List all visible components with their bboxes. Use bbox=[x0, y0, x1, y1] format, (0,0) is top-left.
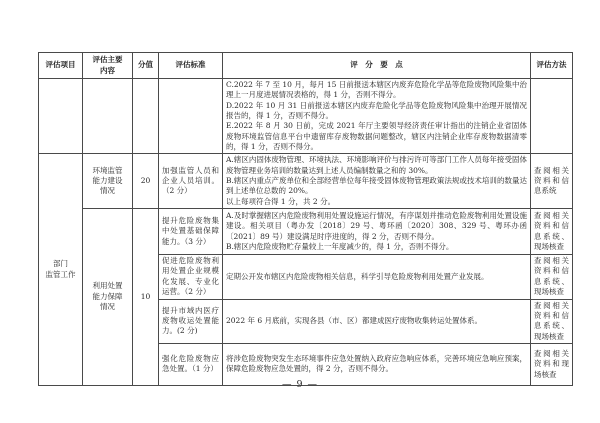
col-header-main-content: 评估主要 内容 bbox=[83, 53, 133, 79]
cell-main-content: 环境监管 能力建设 情况 bbox=[83, 154, 133, 209]
cell-main-content-empty bbox=[83, 79, 133, 154]
cell-score-points: A.辖区内固体废物管理、环境执法、环境影响评价与排污许可等部门工作人员每年接受固… bbox=[223, 154, 531, 209]
cell-method: 查阅相关资料和信息系统、现场核查 bbox=[531, 209, 573, 255]
score-point-paragraph: 2022 年 6 月底前，实现各县（市、区）都建成医疗废物收集转运处置体系。 bbox=[226, 316, 527, 326]
cell-score: 20 bbox=[133, 154, 159, 209]
cell-standard: 提升市域内医疗废物收运处置能力。(2 分) bbox=[159, 299, 223, 343]
cell-score-points: C.2022 年 7 至 10 月，每月 15 日前报送本辖区内废弃危险化学品等… bbox=[223, 79, 531, 154]
cell-method: 查阅相关资料和信息系统 bbox=[531, 154, 573, 209]
score-point-paragraph: E.2022 年 8 月 30 日前，完成 2021 年厅主要领导经济责任审计指… bbox=[226, 121, 527, 152]
table-row-training: 部门 监管工作 环境监管 能力建设 情况 20 加强监管人员和企业人员培训。（2… bbox=[39, 154, 573, 209]
score-point-paragraph: 将涉危险废物突发生态环境事件应急处置纳入政府应急响应体系，完善环境应急响应预案，… bbox=[226, 354, 527, 375]
score-point-paragraph: C.2022 年 7 至 10 月，每月 15 日前报送本辖区内废弃危险化学品等… bbox=[226, 80, 527, 101]
score-point-paragraph: 定期公开发布辖区内危险废物相关信息，科学引导危险废物利用处置产业发展。 bbox=[226, 272, 527, 282]
score-point-paragraph: A.及时掌握辖区内危险废物利用处置设施运行情况，有序谋划并推动危险废物利用处置设… bbox=[226, 211, 527, 242]
cell-standard: 促进危险废物利用处置企业规模化发展、专业化运营。（2 分） bbox=[159, 255, 223, 299]
cell-project-empty bbox=[39, 79, 83, 154]
document-page: 评估项目 评估主要 内容 分值 评估标准 评 分 要 点 评估方法 C.2022… bbox=[0, 0, 600, 423]
table-row-central-disposal: 利用处置 能力保障 情况 10 提升危险废物集中处置基础保障能力。（3 分） A… bbox=[39, 209, 573, 255]
cell-method: 查阅相关资料和信息系统、现场核查 bbox=[531, 299, 573, 343]
evaluation-table: 评估项目 评估主要 内容 分值 评估标准 评 分 要 点 评估方法 C.2022… bbox=[38, 52, 573, 386]
header-row: 评估项目 评估主要 内容 分值 评估标准 评 分 要 点 评估方法 bbox=[39, 53, 573, 79]
score-point-paragraph: A.辖区内固体废物管理、环境执法、环境影响评价与排污许可等部门工作人员每年接受固… bbox=[226, 155, 527, 176]
table-row-continuation: C.2022 年 7 至 10 月，每月 15 日前报送本辖区内废弃危险化学品等… bbox=[39, 79, 573, 154]
cell-score-points: A.及时掌握辖区内危险废物利用处置设施运行情况，有序谋划并推动危险废物利用处置设… bbox=[223, 209, 531, 255]
cell-standard: 提升危险废物集中处置基础保障能力。（3 分） bbox=[159, 209, 223, 255]
col-header-score: 分值 bbox=[133, 53, 159, 79]
cell-standard-empty bbox=[159, 79, 223, 154]
cell-score-empty bbox=[133, 79, 159, 154]
cell-project: 部门 监管工作 bbox=[39, 154, 83, 385]
col-header-score-points: 评 分 要 点 bbox=[223, 53, 531, 79]
score-point-paragraph: D.2022 年 10 月 31 日前报送本辖区内废弃危险化学品等危险废物风险集… bbox=[226, 101, 527, 122]
col-header-project: 评估项目 bbox=[39, 53, 83, 79]
cell-main-content: 利用处置 能力保障 情况 bbox=[83, 209, 133, 386]
cell-score-points: 2022 年 6 月底前，实现各县（市、区）都建成医疗废物收集转运处置体系。 bbox=[223, 299, 531, 343]
page-number: — 9 — bbox=[0, 379, 600, 390]
cell-score: 10 bbox=[133, 209, 159, 386]
cell-score-points: 定期公开发布辖区内危险废物相关信息，科学引导危险废物利用处置产业发展。 bbox=[223, 255, 531, 299]
score-point-paragraph: 以上每项符合得 1 分，共 2 分。 bbox=[226, 197, 527, 207]
score-point-paragraph: B.辖区内重点产废单位和全部经营单位每年接受固体废物管理政策法规或技术培训的数量… bbox=[226, 176, 527, 197]
col-header-standard: 评估标准 bbox=[159, 53, 223, 79]
cell-method-empty bbox=[531, 79, 573, 154]
score-point-paragraph: B.辖区内危险废物贮存量较上一年度减少的，得 1 分，否则不得分。 bbox=[226, 242, 527, 252]
col-header-method: 评估方法 bbox=[531, 53, 573, 79]
cell-method: 查阅相关资料和信息系统、现场核查 bbox=[531, 255, 573, 299]
cell-standard: 加强监管人员和企业人员培训。（2 分） bbox=[159, 154, 223, 209]
